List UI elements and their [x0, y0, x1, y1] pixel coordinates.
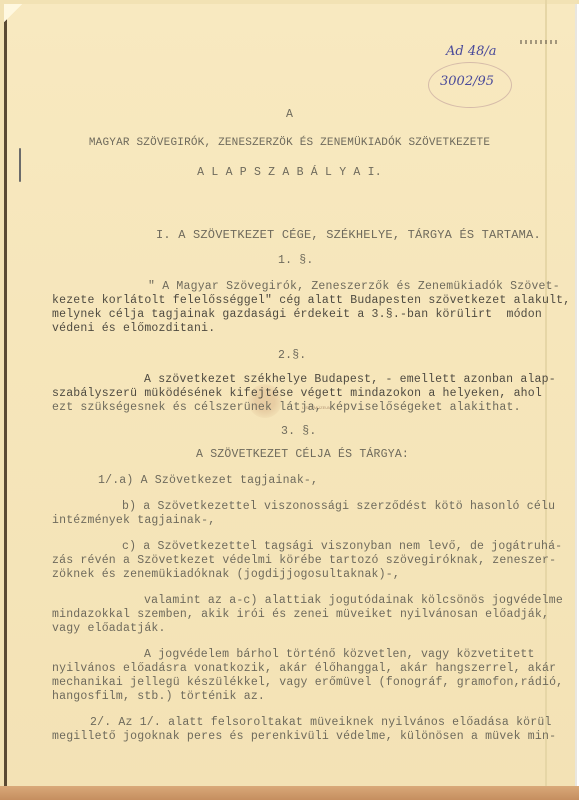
- section-3-line: b) a Szövetkezettel viszonossági szerződ…: [122, 500, 555, 513]
- section-2-line: A szövetkezet székhelye Budapest, - emel…: [144, 373, 556, 386]
- section-1-line: kezete korlátolt felelősséggel" cég alat…: [52, 294, 570, 307]
- section-3-line: intézmények tagjainak-,: [52, 514, 215, 527]
- section-3-line: A jogvédelem bárhol történő közvetlen, v…: [144, 648, 535, 661]
- section-3-number: 3. §.: [281, 425, 317, 438]
- section-1-number: 1. §.: [278, 254, 314, 267]
- title-main: A L A P S Z A B Á L Y A I.: [0, 166, 579, 179]
- section-1-line: " A Magyar Szövegirók, Zeneszerzők és Ze…: [148, 280, 560, 293]
- registry-number: 3002/95: [440, 74, 494, 89]
- section-2-line: szabályszerü müködésének kifejtése véget…: [52, 387, 542, 400]
- section-3-line: mindazokkal szemben, akik irói és zenei …: [52, 608, 549, 621]
- title-article: A: [0, 108, 579, 121]
- section-3-line: zöknek és zenemükiadóknak (jogdijjogosul…: [52, 568, 400, 581]
- section-3-line: hangosfilm, stb.) történik az.: [52, 690, 265, 703]
- section-3-line: 2/. Az 1/. alatt felsoroltakat müveiknek…: [90, 716, 552, 729]
- title-organization: MAGYAR SZÖVEGIRÓK, ZENESZERZÖK ÉS ZENEMÜ…: [0, 137, 579, 149]
- section-2-number: 2.§.: [278, 349, 306, 362]
- section-3-line: c) a Szövetkezettel tagsági viszonyban n…: [122, 540, 562, 553]
- section-1-line: védeni és előmozditani.: [52, 322, 215, 335]
- section-3-line: vagy előadatják.: [52, 622, 166, 635]
- section-3-line: 1/.a) A Szövetkezet tagjainak-,: [98, 474, 318, 487]
- section-3-line: zás révén a Szövetkezet védelmi körébe t…: [52, 554, 556, 567]
- section-1-line: melynek célja tagjainak gazdasági érdeke…: [52, 308, 542, 321]
- section-3-line: nyilvános előadásra vonatkozik, akár élő…: [52, 662, 556, 675]
- folded-corner: [4, 4, 22, 22]
- page-bottom-edge: [0, 786, 579, 800]
- section-3-line: valamint az a-c) alattiak jogutódainak k…: [144, 594, 563, 607]
- ink-smudge: [520, 40, 560, 44]
- section-2-line: ezt szükségesnek és célszerünek látja, k…: [52, 401, 521, 414]
- section-3-line: mechanikai jellegü készülékkel, vagy erő…: [52, 676, 563, 689]
- chapter-heading: I. A SZÖVETKEZET CÉGE, SZÉKHELYE, TÁRGYA…: [156, 228, 541, 242]
- section-3-line: megillető jogoknak peres és perenkivüli …: [52, 730, 556, 743]
- section-3-subheading: A SZÖVETKEZET CÉLJA ÉS TÁRGYA:: [196, 448, 409, 461]
- archive-signature: Ad 48/a: [446, 44, 497, 59]
